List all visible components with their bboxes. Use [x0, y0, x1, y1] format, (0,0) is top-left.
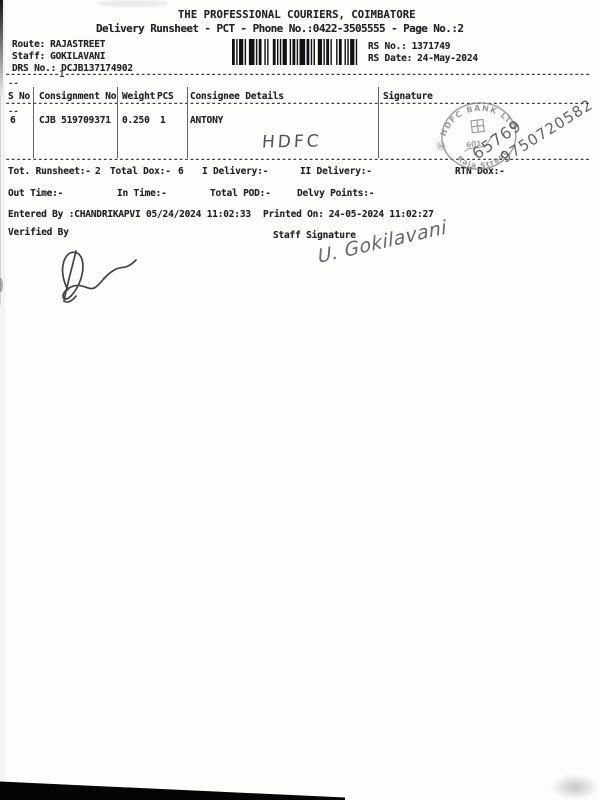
row-consignee: ANTONY [190, 115, 223, 126]
printed-on-value: 24-05-2024 11:02:27 [329, 209, 434, 220]
total-pod-label: Total POD:- [210, 188, 271, 199]
rs-date-value: 24-May-2024 [417, 53, 478, 64]
staff-signature-handwriting: U. Gokilavani [317, 216, 448, 268]
rs-no-label: RS No.: [368, 41, 407, 52]
staff-line: Staff:GOKILAVANI [12, 51, 105, 62]
ii-delivery-label: II Delivery:- [300, 166, 372, 177]
printed-on-line: Printed On:24-05-2024 11:02:27 [263, 209, 434, 220]
staff-label: Staff: [12, 51, 45, 62]
i-delivery-label: I Delivery:- [202, 166, 268, 177]
scan-page-edge-wedge [0, 779, 345, 800]
route-label: Route: [12, 39, 45, 50]
table-rule-2 [117, 87, 118, 158]
separator-tick-1: -- [8, 79, 19, 89]
scan-smudge-top [98, 0, 168, 7]
printed-on-label: Printed On: [263, 209, 324, 220]
rs-no-value: 1371749 [412, 41, 451, 52]
row-consignment: CJB 519709371 [39, 115, 111, 126]
table-rule-3 [187, 87, 188, 158]
separator-line-1: ----------1-----------------------------… [5, 70, 590, 80]
rs-no-line: RS No.:1371749 [368, 41, 450, 52]
rs-barcode-icon [232, 39, 360, 65]
runsheet-subtitle: Delivery Runsheet - PCT - Phone No.:0422… [96, 22, 463, 35]
scan-smudge-bottom-right [550, 774, 600, 800]
tot-runsheet-value: 2 [95, 166, 101, 177]
staff-value: GOKILAVANI [50, 51, 105, 62]
tot-runsheet-label: Tot. Runsheet:- [8, 166, 91, 177]
in-time-label: In Time:- [117, 188, 167, 199]
delivery-runsheet-document: THE PROFESSIONAL COURIERS, COIMBATORE De… [0, 0, 600, 800]
scan-edge-line [0, 0, 3, 100]
table-rule-4 [378, 87, 379, 158]
total-dox-value: 6 [178, 166, 184, 177]
out-time-label: Out Time:- [8, 188, 63, 199]
scan-edge-line-faint [0, 95, 1, 305]
consignee-handwriting-hdfc: HDFC [261, 131, 322, 152]
verified-by-signature [40, 238, 160, 308]
row-weight: 0.250 [122, 115, 150, 126]
row-sno: 6 [10, 115, 16, 126]
entered-by-value: CHANDRIKAPVI 05/24/2024 11:02:33 [74, 209, 251, 220]
table-rule-1 [33, 87, 34, 158]
verified-by-label: Verified By [8, 227, 69, 238]
route-value: RAJASTREET [50, 39, 105, 50]
total-dox-label: Total Dox:- [110, 166, 171, 177]
delvy-points-label: Delvy Points:- [297, 188, 374, 199]
company-title: THE PROFESSIONAL COURIERS, COIMBATORE [178, 9, 416, 21]
rs-date-label: RS Date: [368, 53, 412, 64]
entered-by-label: Entered By : [8, 209, 74, 220]
entered-by-line: Entered By :CHANDRIKAPVI 05/24/2024 11:0… [8, 209, 251, 220]
route-line: Route:RAJASTREET [12, 39, 105, 50]
row-pcs: 1 [160, 115, 166, 126]
rs-date-line: RS Date:24-May-2024 [368, 53, 478, 64]
